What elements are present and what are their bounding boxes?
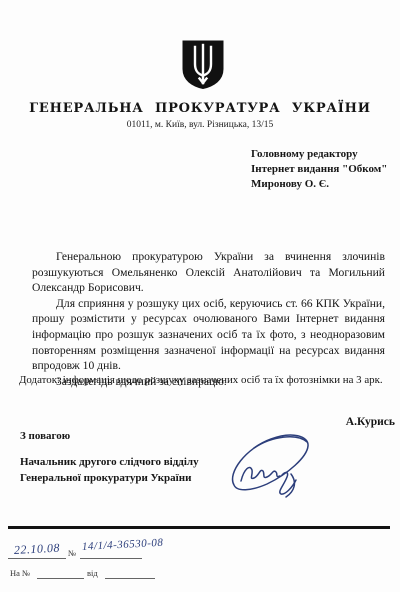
org-name: ГЕНЕРАЛЬНА ПРОКУРАТУРА УКРАЇНИ <box>0 101 400 116</box>
signer-name: А.Курись <box>346 416 395 428</box>
recipient-line-1: Головному редактору <box>251 147 387 162</box>
signer-position-line-1: Начальник другого слідчого відділу <box>20 455 199 471</box>
number-blank-line <box>80 558 142 559</box>
handwritten-signature <box>224 431 320 498</box>
handwritten-date: 22.10.08 <box>14 541 61 558</box>
recipient-line-3: Миронову О. Є. <box>251 177 387 192</box>
closing-phrase: З повагою <box>20 430 70 442</box>
attachment-note: Додаток: інформація щодо розшуку зазначе… <box>19 374 389 386</box>
reply-date-blank-line <box>105 578 155 579</box>
date-blank-line <box>8 558 66 559</box>
number-sign-label: № <box>68 548 76 558</box>
body-paragraph-2: Для сприяння у розшуку цих осіб, керуючи… <box>32 296 385 374</box>
letter-page: ГЕНЕРАЛЬНА ПРОКУРАТУРА УКРАЇНИ 01011, м.… <box>0 0 400 592</box>
signer-position-line-2: Генеральної прокуратури України <box>20 471 199 487</box>
signer-position: Начальник другого слідчого відділу Генер… <box>20 455 199 486</box>
trident-emblem-icon <box>182 40 224 89</box>
reply-date-label: від <box>87 568 98 578</box>
recipient-block: Головному редактору Інтернет видання "Об… <box>251 147 387 192</box>
reply-number-label: На № <box>10 568 30 578</box>
letter-body: Генеральною прокуратурою України за вчин… <box>32 249 385 389</box>
handwritten-outgoing-number: 14/1/4-36530-08 <box>82 537 164 553</box>
reply-number-blank-line <box>37 578 84 579</box>
footer-divider-line <box>8 526 390 529</box>
org-address: 01011, м. Київ, вул. Різницька, 13/15 <box>0 120 400 130</box>
body-paragraph-1: Генеральною прокуратурою України за вчин… <box>32 249 385 296</box>
recipient-line-2: Інтернет видання "Обком" <box>251 162 387 177</box>
